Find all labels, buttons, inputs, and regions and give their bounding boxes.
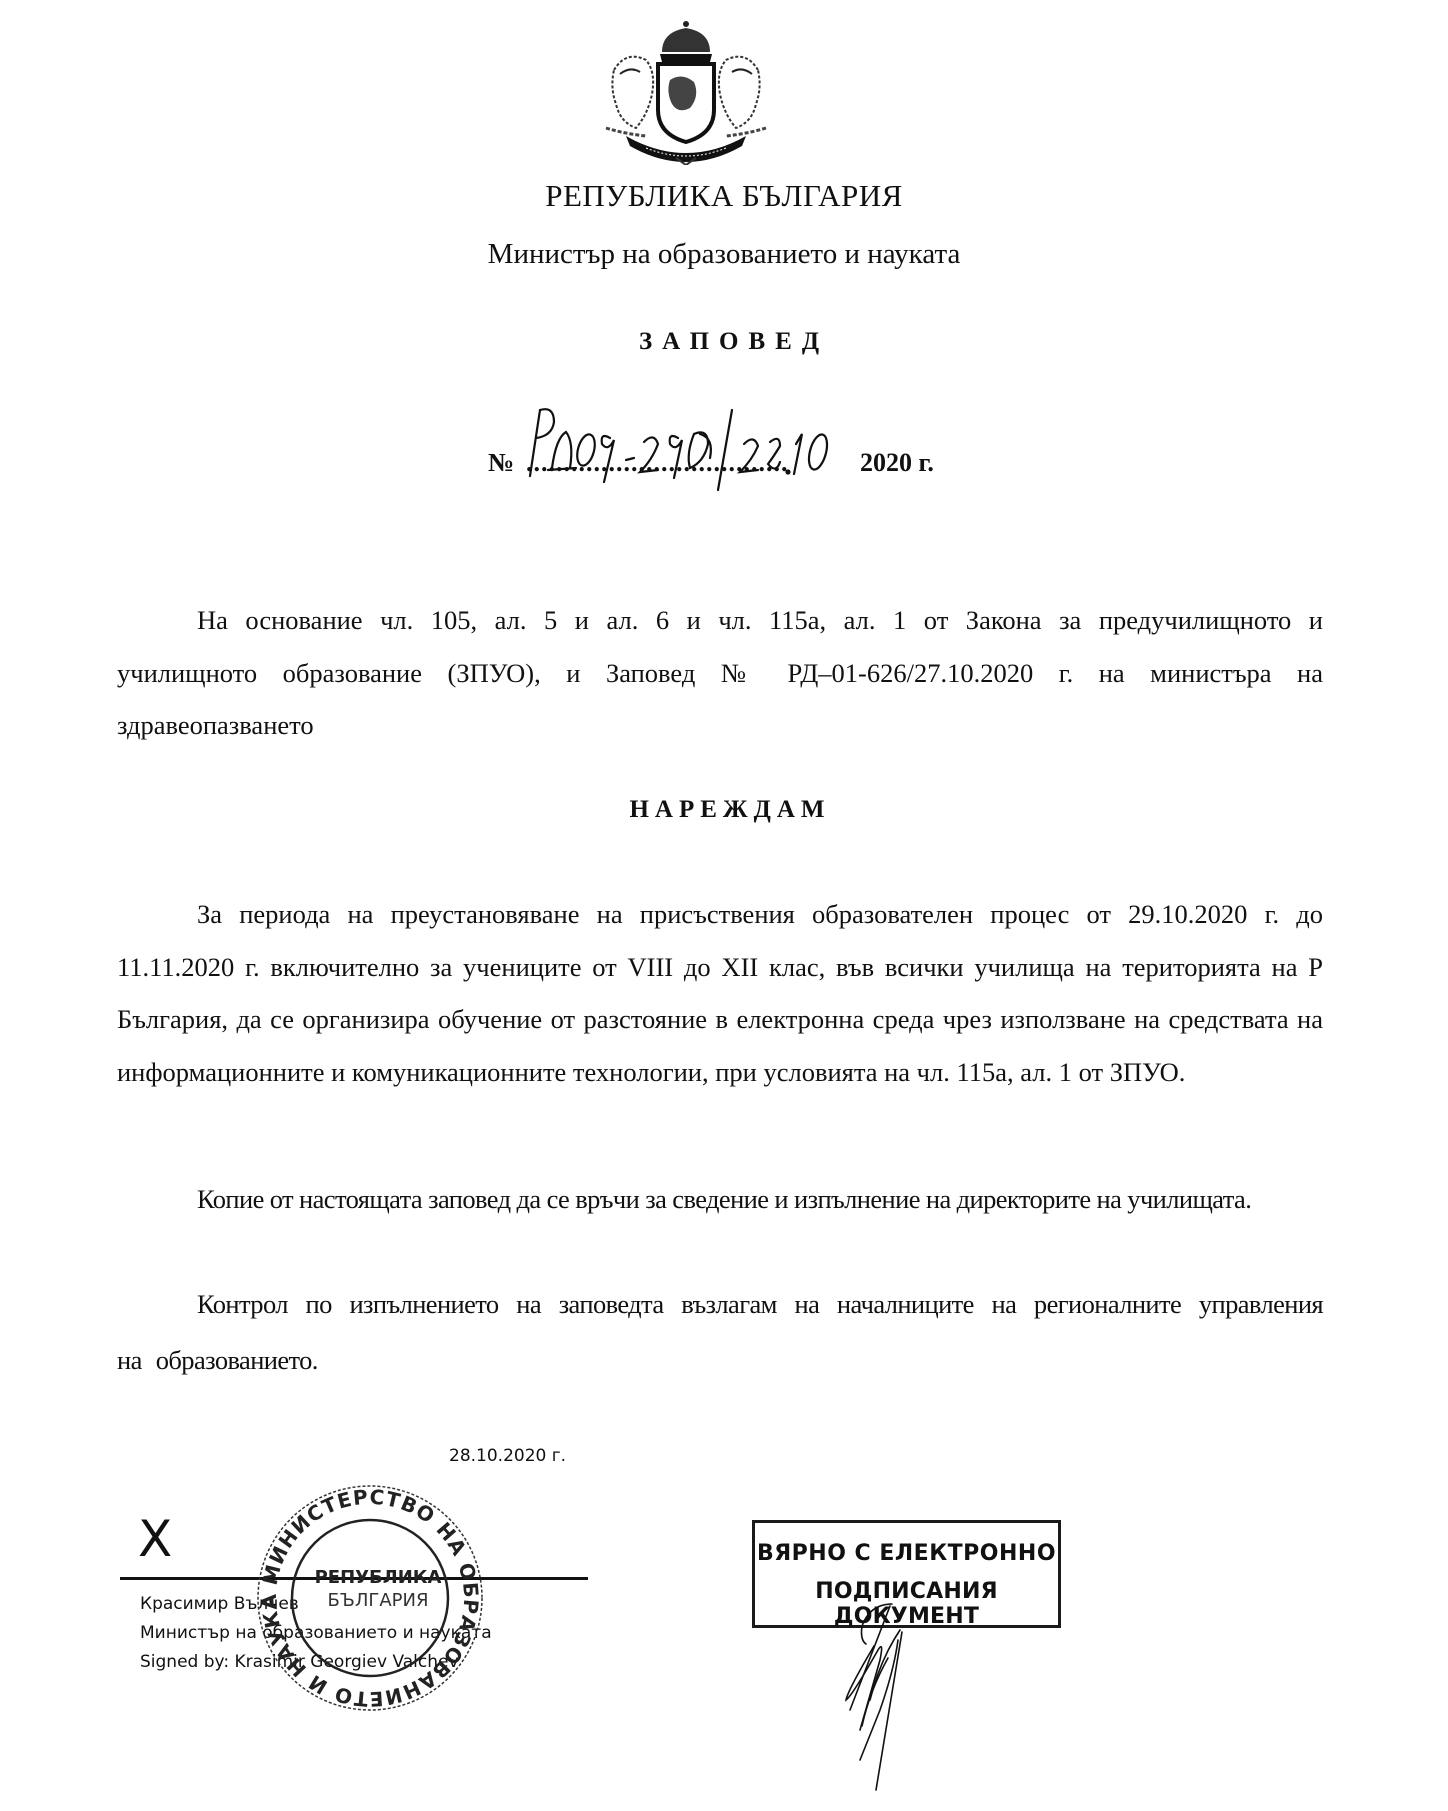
handwritten-signature-icon (840, 1600, 960, 1800)
signature-mark: X (138, 1514, 172, 1564)
main-order-paragraph: За периода на преустановяване на присъст… (117, 888, 1323, 1098)
copy-paragraph: Копие от настоящата заповед да се връчи … (117, 1169, 1323, 1230)
handwritten-number-icon (518, 398, 858, 498)
signature-date: 28.10.2020 г. (449, 1446, 566, 1466)
country-heading: РЕПУБЛИКА БЪЛГАРИЯ (0, 178, 1448, 214)
order-number-line: № ................................... (488, 398, 968, 498)
legal-basis-paragraph: На основание чл. 105, ал. 5 и ал. 6 и чл… (117, 594, 1323, 752)
seal-center-line2: БЪЛГАРИЯ (328, 1590, 429, 1611)
number-sign: № (488, 448, 514, 478)
seal-center-line1: РЕПУБЛИКА (315, 1567, 442, 1588)
decree-heading: НАРЕЖДАМ (0, 796, 1448, 824)
issuer-heading: Министър на образованието и науката (0, 238, 1448, 271)
official-seal-icon: МИНИСТЕРСТВО НА ОБРАЗОВАНИЕТО И НАУКАТА … (250, 1478, 490, 1718)
order-year: 2020 г. (860, 448, 934, 478)
control-paragraph: Контрол по изпълнението на заповедта въз… (117, 1276, 1323, 1388)
verification-stamp-line1: ВЯРНО С ЕЛЕКТРОННО (755, 1541, 1058, 1566)
coat-of-arms-icon (596, 10, 776, 165)
order-title: ЗАПОВЕД (0, 328, 1448, 356)
